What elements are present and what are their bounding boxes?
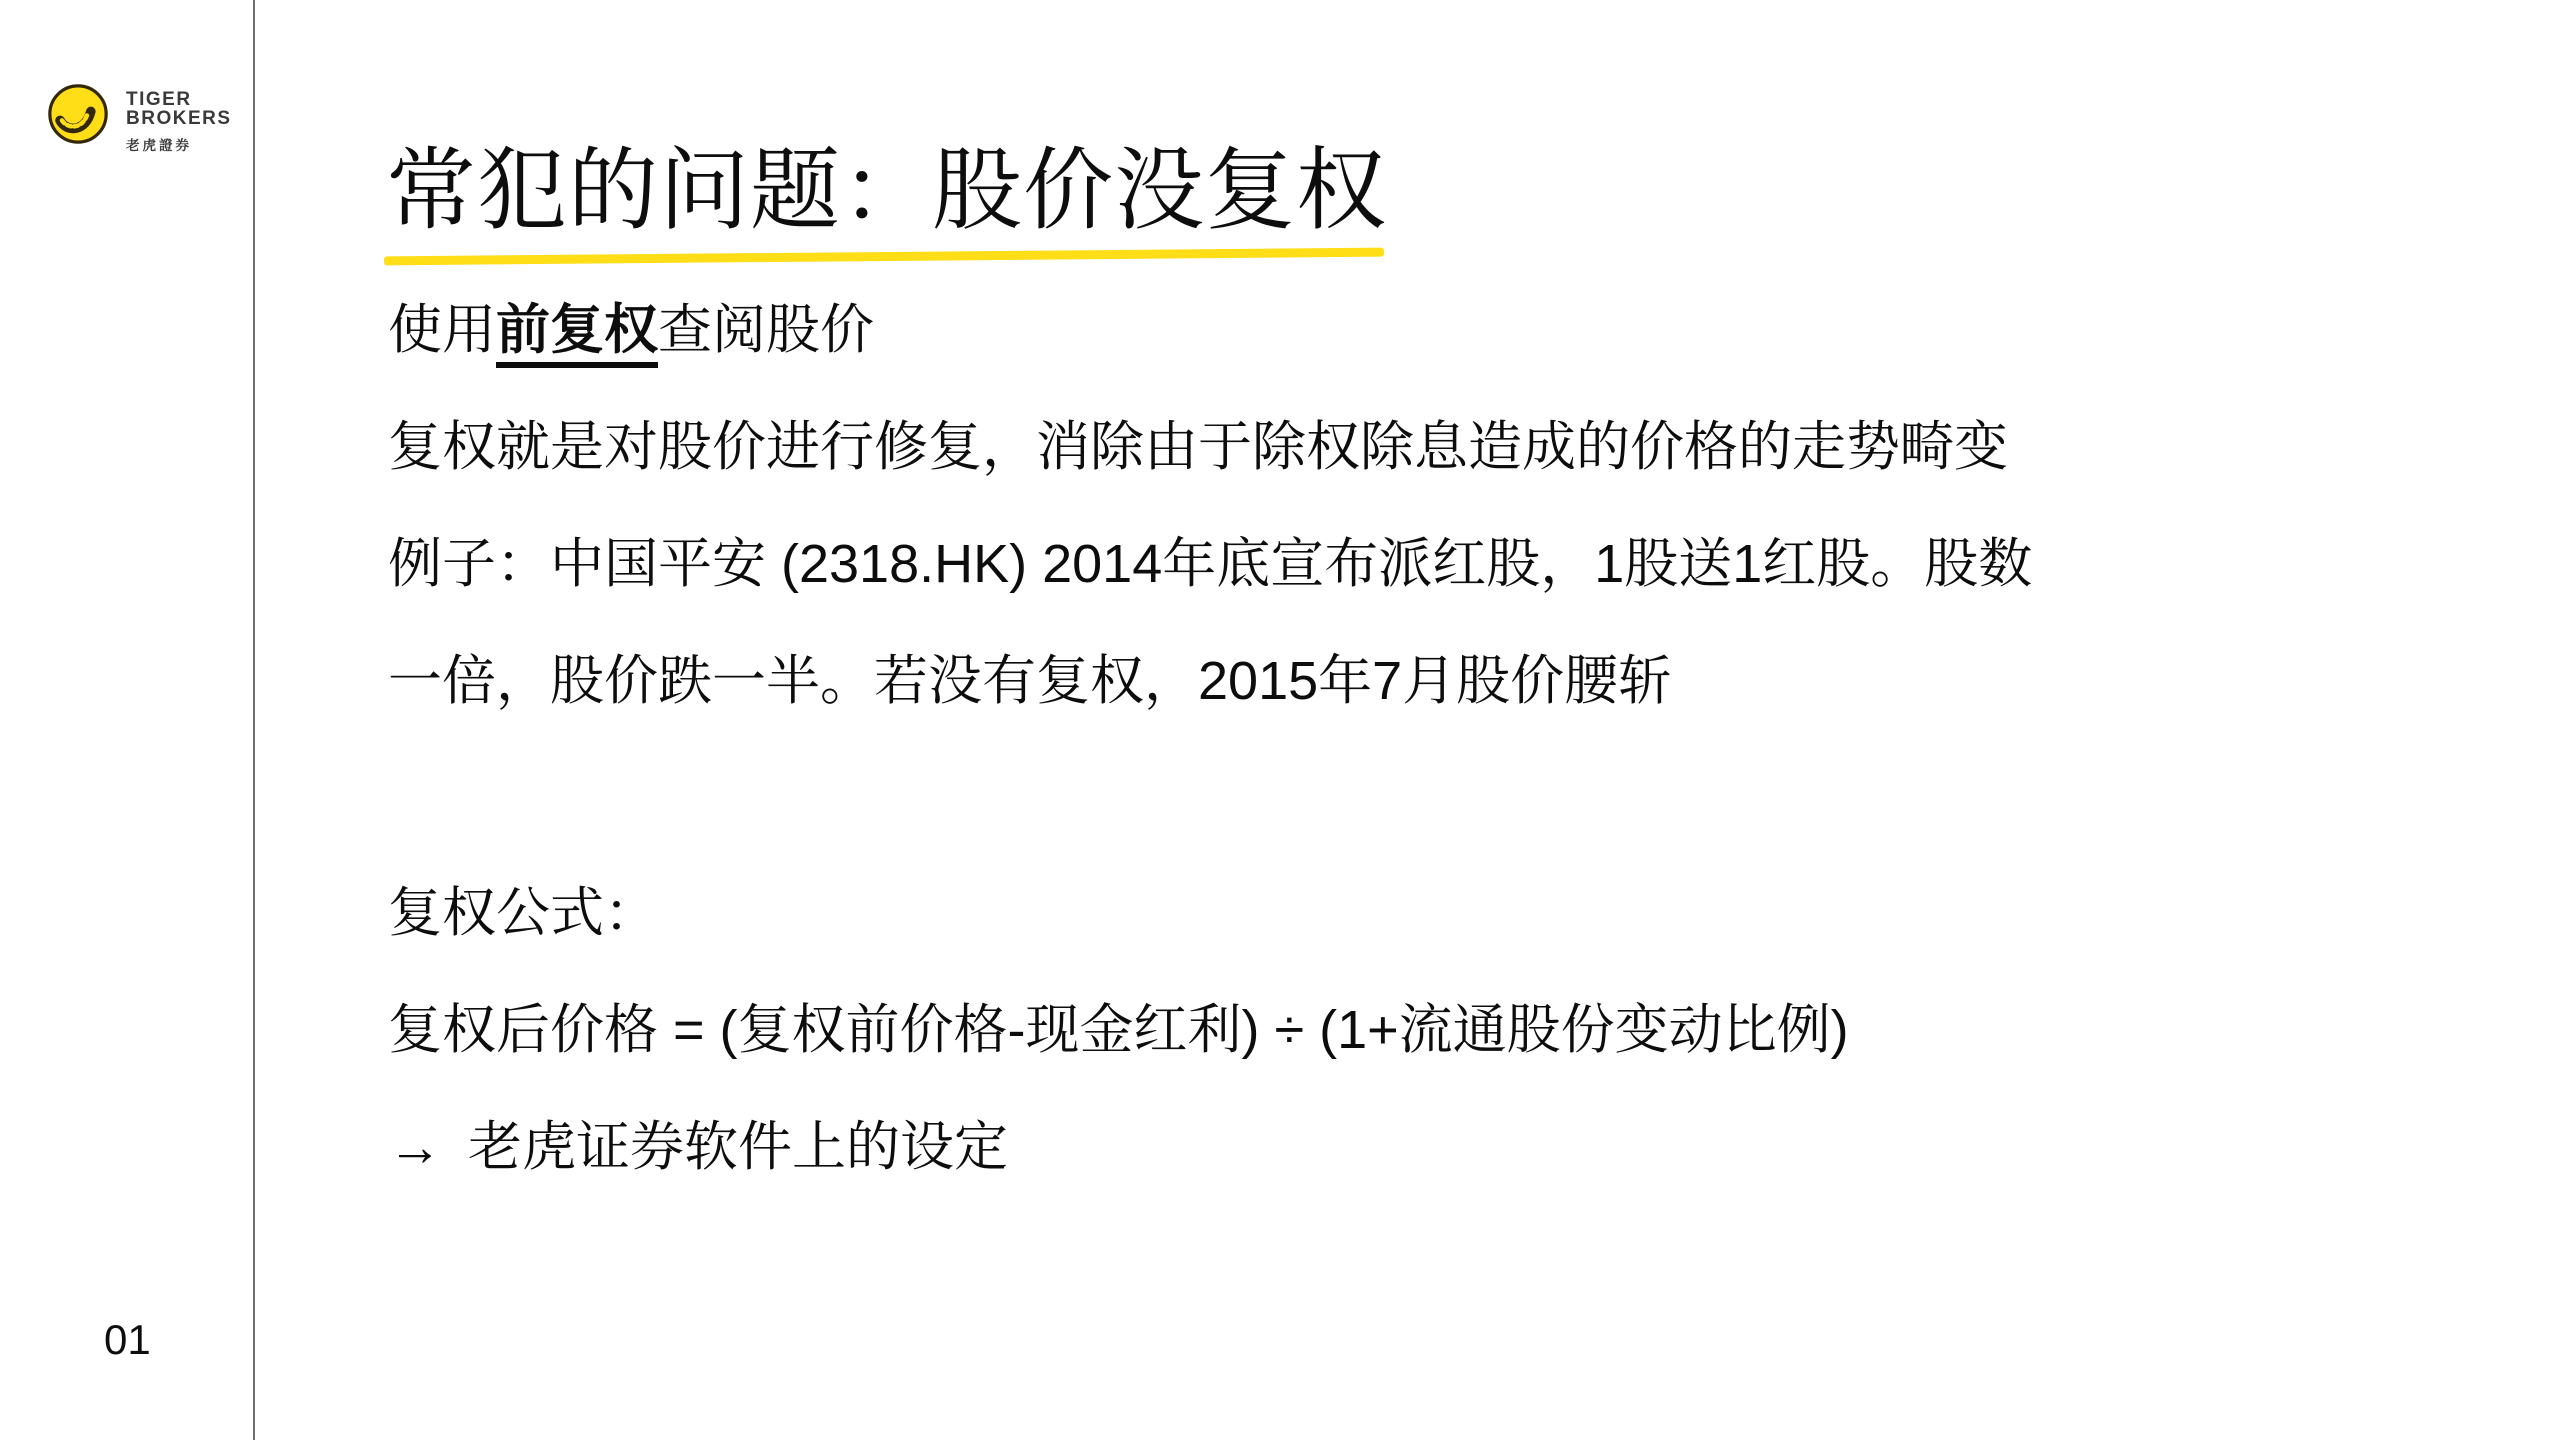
logo-wordmark: TIGER BROKERS 老虎證券: [126, 90, 232, 154]
tiger-tail-icon: [46, 82, 110, 146]
body-line-4: 一倍，股价跌一半。若没有复权，2015年7月股价腰斩: [388, 623, 2032, 740]
slide-title: 常犯的问题：股价没复权: [386, 142, 1387, 241]
formula-expression: 复权后价格 = (复权前价格-现金红利) ÷ (1+流通股份变动比例): [388, 972, 1849, 1089]
presentation-slide: TIGER BROKERS 老虎證券 常犯的问题：股价没复权 使用前复权查阅股价…: [0, 0, 2560, 1440]
line1-suffix: 查阅股价: [658, 300, 874, 360]
body-paragraph: 使用前复权查阅股价 复权就是对股价进行修复，消除由于除权除息造成的价格的走势畸变…: [388, 272, 2032, 740]
title-highlight-underline: [384, 248, 1384, 266]
body-line-1: 使用前复权查阅股价: [388, 272, 2032, 389]
brand-name-line2: BROKERS: [126, 109, 232, 128]
brand-name-line1: TIGER: [126, 90, 232, 109]
body-line-2: 复权就是对股价进行修复，消除由于除权除息造成的价格的走势畸变: [388, 389, 2032, 506]
page-number: 01: [104, 1316, 151, 1364]
vertical-divider-line: [253, 0, 255, 1440]
formula-section: 复权公式： 复权后价格 = (复权前价格-现金红利) ÷ (1+流通股份变动比例…: [388, 855, 1849, 1206]
brand-name-chinese: 老虎證券: [126, 134, 232, 154]
formula-label: 复权公式：: [388, 855, 1849, 972]
line1-emphasis-qianfuquan: 前复权: [496, 300, 658, 368]
line1-prefix: 使用: [388, 300, 496, 360]
right-arrow-icon: →: [388, 1089, 442, 1206]
body-line-3: 例子：中国平安 (2318.HK) 2014年底宣布派红股，1股送1红股。股数: [388, 506, 2032, 623]
tiger-brokers-logo: TIGER BROKERS 老虎證券: [46, 82, 232, 154]
formula-note-text: 老虎证券软件上的设定: [468, 1117, 1008, 1177]
formula-note: →老虎证券软件上的设定: [388, 1089, 1849, 1206]
